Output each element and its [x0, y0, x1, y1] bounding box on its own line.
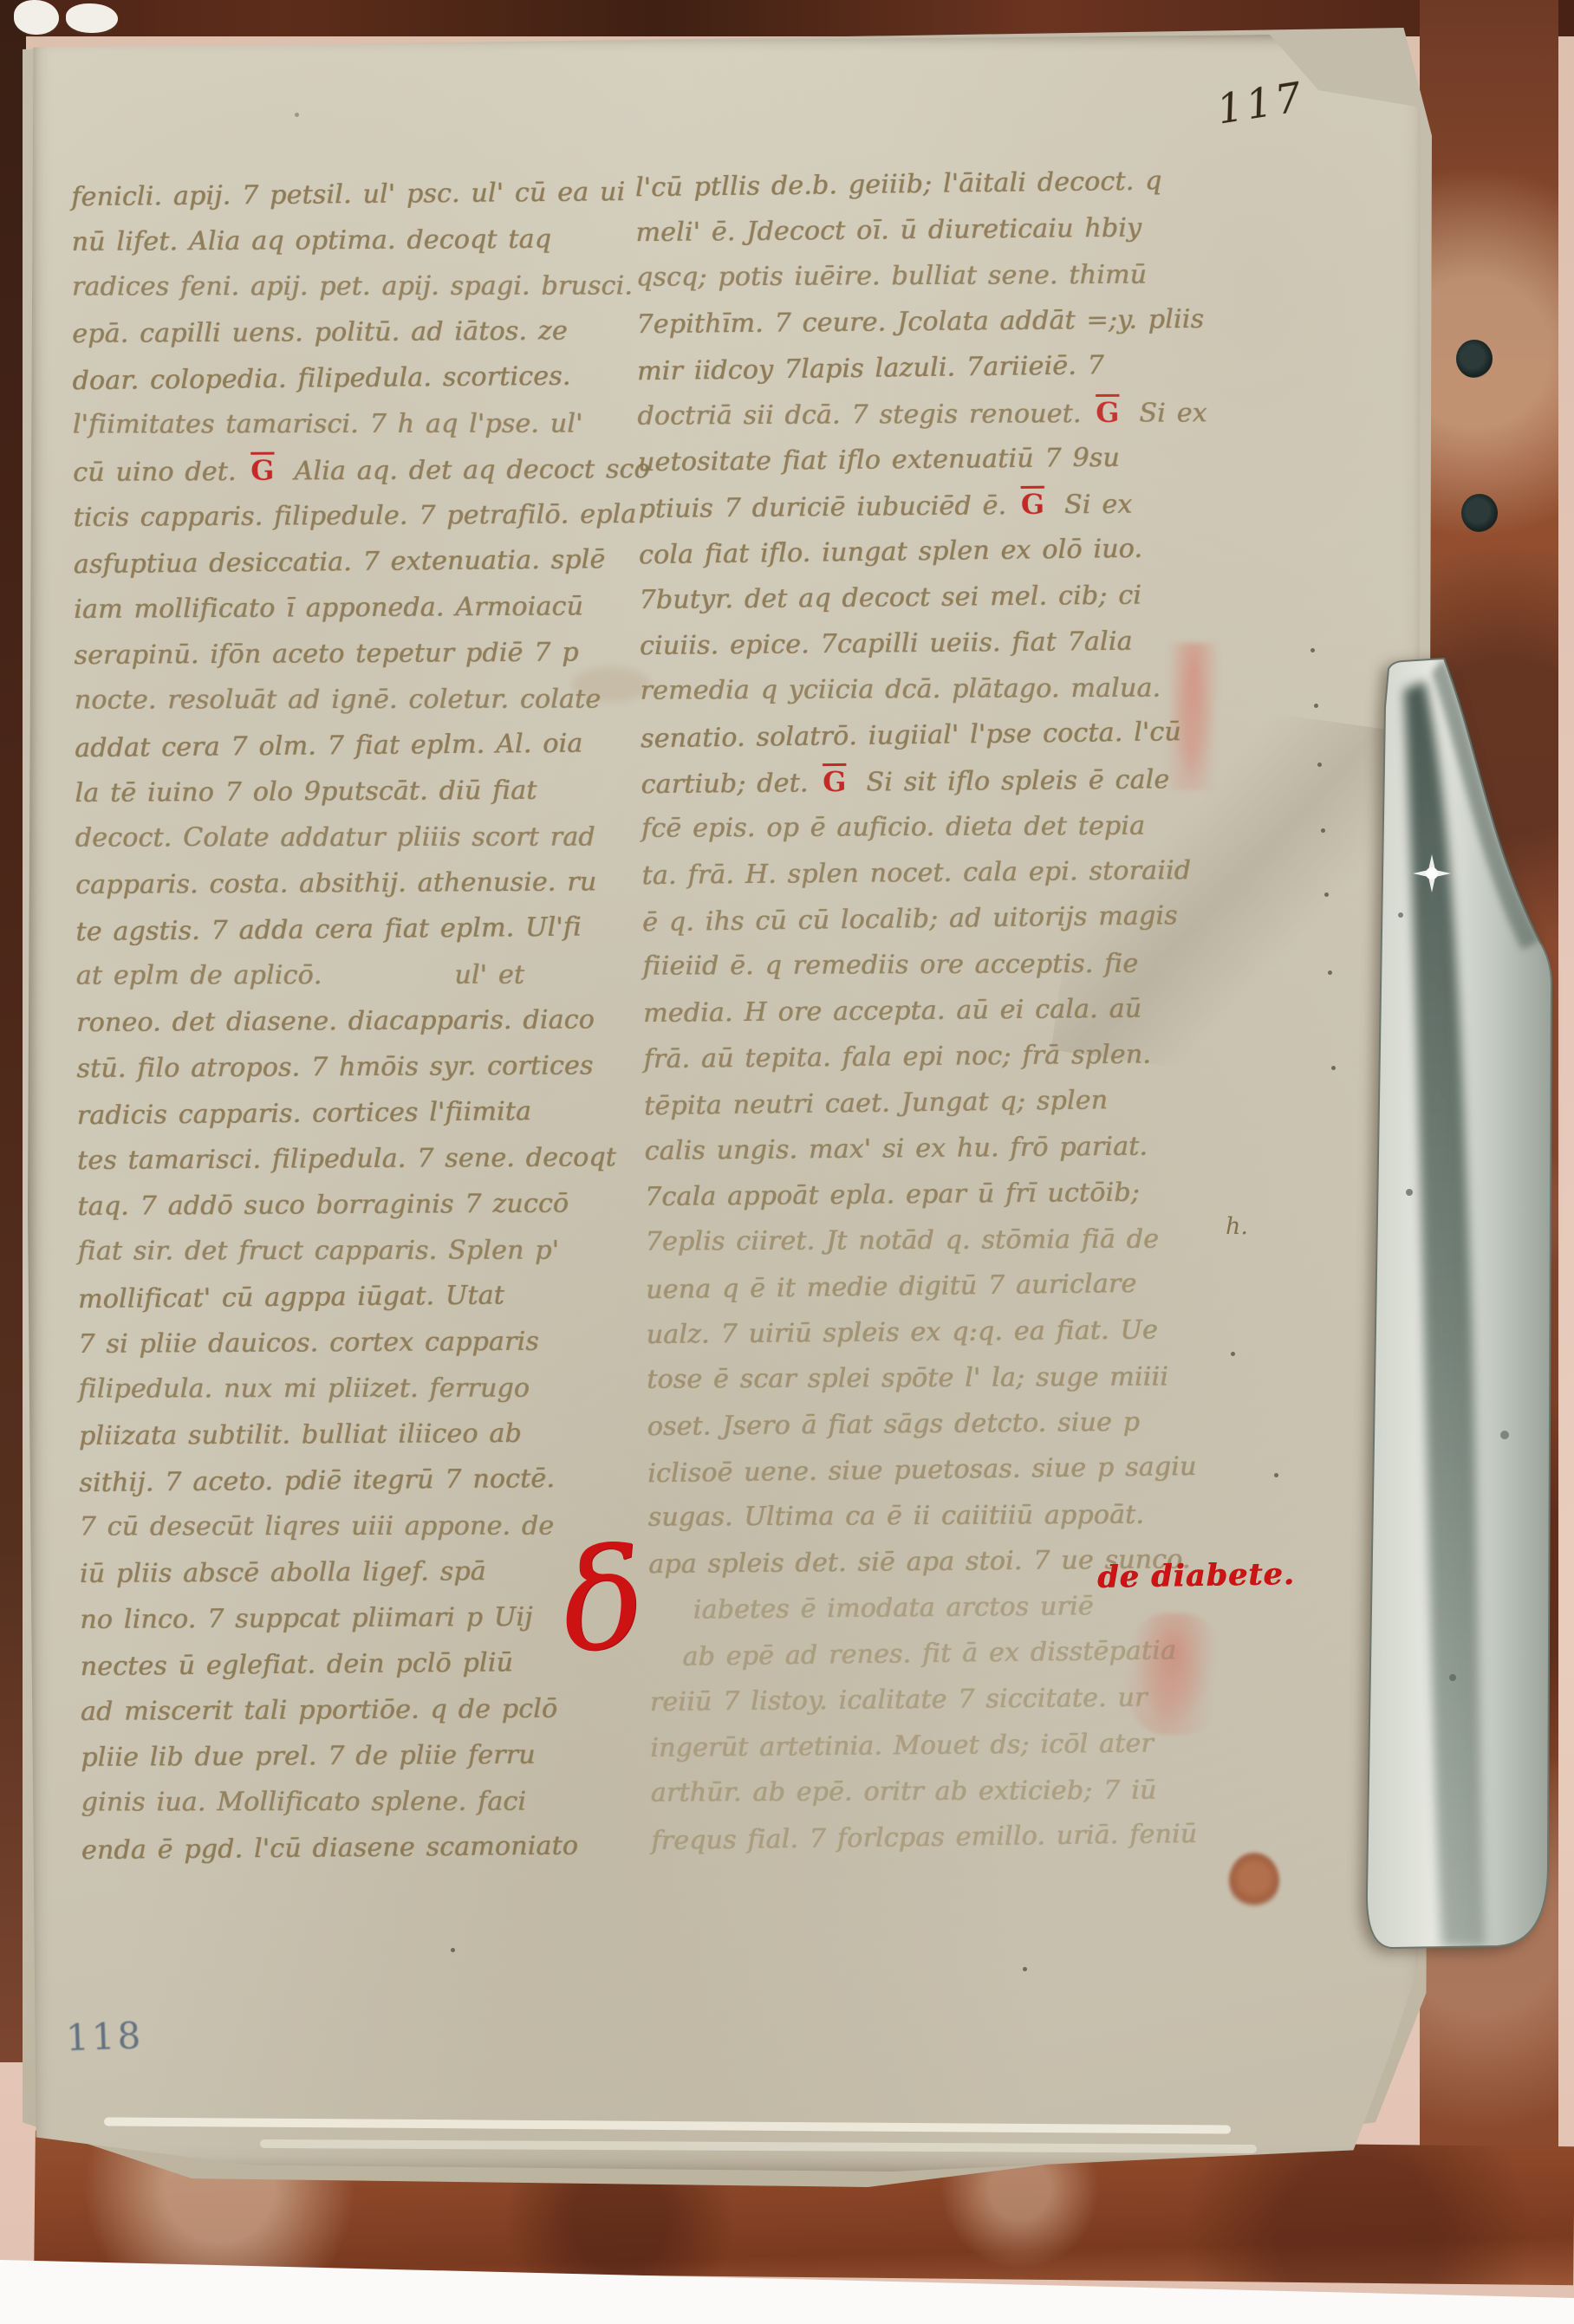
worm-hole — [1274, 1473, 1278, 1477]
manuscript-line: fiat sir. det fruct capparis. Splen p' — [78, 1227, 655, 1274]
manuscript-line: fenicli. apij. 7 petsil. ul' psc. ul' cū… — [71, 169, 648, 220]
manuscript-line: calis ungis. max' si ex hu. frō pariat. — [644, 1123, 1214, 1174]
manuscript-line: remedia q yciicia dcā. plātago. malua. — [640, 665, 1210, 713]
manuscript-line: reiiū 7 listoy. icalitate 7 siccitate. u… — [649, 1674, 1220, 1725]
worm-hole — [451, 1948, 455, 1952]
manuscript-line: at eplm de aplicō. ul' et — [76, 951, 654, 998]
manuscript-line: epā. capilli uens. politū. ad iātos. ze — [72, 308, 649, 357]
paraph-mark-icon: G — [823, 766, 847, 798]
manuscript-line: fiieiid ē. q remediis ore acceptis. fie — [642, 940, 1213, 989]
manuscript-line: 7butyr. det aq decoct sei mel. cib; ci — [639, 572, 1209, 623]
manuscript-line: meli' ē. Jdecoct oī. ū diureticaiu hbiy — [635, 204, 1206, 256]
worm-hole — [1231, 1352, 1235, 1356]
manuscript-line: mollificat' cū agppa iūgat. Utat — [78, 1271, 655, 1322]
manuscript-line: mir iidcoy 7lapis lazuli. 7ariieiē. 7 — [637, 341, 1207, 395]
manuscript-line: qscq; potis iuēire. bulliat sene. thimū — [636, 251, 1207, 300]
manuscript-line: oset. Jsero ā fiat sāgs detcto. siue p — [647, 1399, 1217, 1450]
worm-hole — [295, 113, 299, 117]
paraph-mark-icon: G — [1096, 397, 1120, 429]
worm-hole — [1311, 648, 1315, 652]
manuscript-line: media. H ore accepta. aū ei cala. aū — [643, 985, 1213, 1036]
manuscript-line: 7cala appoāt epla. epar ū frī uctōib; — [645, 1169, 1215, 1220]
manuscript-line: ta. frā. H. splen nocet. cala epi. stora… — [641, 847, 1212, 899]
manuscript-line: radices feni. apij. pet. apij. spagi. br… — [72, 263, 649, 309]
manuscript-line: enda ē pgd. l'cū diasene scamoniato — [81, 1822, 659, 1873]
manuscript-line: tose ē scar splei spōte l' la; suge miii… — [647, 1354, 1217, 1402]
worm-hole — [1331, 1066, 1336, 1070]
parchment-chip — [66, 3, 118, 33]
manuscript-line: ciuiis. epice. 7capilli ueiis. fiat 7ali… — [640, 618, 1210, 669]
manuscript-line: fcē epis. op ē auficio. dieta det tepia — [641, 802, 1212, 851]
parchment-chip — [14, 0, 59, 35]
manuscript-line: serapinū. ifōn aceto tepetur pdiē 7 p — [74, 629, 651, 678]
metal-clasp — [1349, 655, 1574, 1964]
worm-hole — [1023, 1967, 1027, 1971]
manuscript-line: cartiub; det. G Si sit iflo spleis ē cal… — [641, 756, 1211, 807]
manuscript-line: uena q ē it medie digitū 7 auriclare — [646, 1260, 1216, 1314]
manuscript-line: doctriā sii dcā. 7 stegis renouet. G Si … — [637, 389, 1207, 438]
paraph-mark-icon: G — [250, 455, 275, 487]
rivet-hole — [1461, 494, 1498, 532]
manuscript-line: sithij. 7 aceto. pdiē itegrū 7 noctē. — [79, 1455, 656, 1506]
manuscript-line: decoct. Colate addatur pliiis scort rad — [75, 814, 653, 860]
paraph-mark-icon: G — [1021, 489, 1045, 521]
worm-hole — [1324, 893, 1329, 897]
worm-hole — [1314, 704, 1318, 708]
manuscript-line: nū lifet. Alia aq optima. decoqt taq — [71, 216, 648, 265]
manuscript-line: ticis capparis. filipedule. 7 petrafilō.… — [73, 491, 650, 541]
worm-hole — [1317, 763, 1322, 767]
manuscript-line: uetositate fiat iflo extenuatiū 7 9su — [638, 434, 1208, 485]
manuscript-line: ab epē ad renes. fit ā ex disstēpatia — [649, 1627, 1220, 1681]
marginal-note: h. — [1226, 1213, 1248, 1240]
manuscript-line: nocte. resoluāt ad ignē. coletur. colate — [75, 676, 652, 723]
manuscript-line: filipedula. nux mi pliizet. ferrugo — [79, 1365, 656, 1412]
manuscript-line: 7eplis ciiret. Jt notād q. stōmia fiā de — [645, 1216, 1215, 1264]
manuscript-line: te agstis. 7 adda cera fiat eplm. Ul'fi — [75, 904, 653, 955]
manuscript-line: doar. colopedia. filipedula. scortices. — [72, 353, 649, 404]
manuscript-line: ginis iua. Mollificato splene. faci — [81, 1778, 658, 1825]
manuscript-line: taq. 7 addō suco borraginis 7 zuccō — [77, 1180, 654, 1230]
manuscript-line: la tē iuino 7 olo 9putscāt. diū fiat — [75, 767, 652, 816]
manuscript-line: 7 si pliie dauicos. cortex capparis — [78, 1318, 655, 1367]
manuscript-line: frā. aū tepita. fala epi noc; frā splen. — [643, 1031, 1213, 1082]
manuscript-line: ad miscerit tali pportiōe. q de pclō — [81, 1685, 658, 1735]
manuscript-photo: 117 118 h. fenicli. apij. 7 petsil. ul' … — [0, 0, 1574, 2324]
rivet-hole — [1456, 340, 1493, 378]
red-initial-D: δ — [555, 1531, 650, 1669]
manuscript-line: iam mollificato ī apponeda. Armoiacū — [74, 583, 651, 633]
red-brown-stain — [1229, 1853, 1279, 1910]
manuscript-line: iclisoē uene. siue puetosas. siue p sagi… — [647, 1444, 1218, 1497]
manuscript-line: arthūr. ab epē. oritr ab exticieb; 7 iū — [651, 1767, 1221, 1815]
worm-hole — [1328, 970, 1332, 975]
manuscript-line: addat cera 7 olm. 7 fiat eplm. Al. oia — [75, 720, 652, 771]
manuscript-line: l'fiimitates tamarisci. 7 h aq l'pse. ul… — [73, 400, 650, 447]
text-column-right: l'cū ptllis de.b. geiiib; l'āitali decoc… — [635, 159, 1221, 1863]
manuscript-line: cola fiat iflo. iungat splen ex olō iuo. — [639, 525, 1209, 579]
manuscript-line: sugas. Ultima ca ē ii caiitiiū appoāt. — [647, 1491, 1218, 1540]
manuscript-line: roneo. det diasene. diacapparis. diaco — [76, 996, 654, 1046]
manuscript-line: ē q. ihs cū cū localib; ad uitorijs magi… — [642, 893, 1213, 946]
manuscript-line: l'cū ptllis de.b. geiiib; l'āitali decoc… — [635, 158, 1206, 211]
manuscript-line: pliie lib due prel. 7 de pliie ferru — [81, 1731, 658, 1781]
manuscript-line: ptiuis 7 duriciē iubuciēd ē. G Si ex — [638, 480, 1208, 531]
worm-hole — [1321, 828, 1325, 833]
chapter-rubric: de diabete. — [1097, 1556, 1295, 1595]
manuscript-line: capparis. costa. absithij. athenusie. ru — [75, 859, 653, 908]
manuscript-line: 7epithīm. 7 ceure. Jcolata addāt =;y. pl… — [636, 296, 1207, 347]
manuscript-line: stū. filo atropos. 7 hmōis syr. cortices — [76, 1042, 654, 1092]
manuscript-line: frequs fial. 7 forlcpas emillo. uriā. fe… — [651, 1811, 1221, 1865]
folio-number-118: 118 — [65, 2014, 144, 2059]
manuscript-line: senatio. solatrō. iugiial' l'pse cocta. … — [641, 709, 1211, 763]
manuscript-line: tes tamarisci. filipedula. 7 sene. decoq… — [77, 1134, 654, 1184]
manuscript-line: ualz. 7 uiriū spleis ex q:q. ea fiat. Ue — [646, 1307, 1216, 1358]
manuscript-line: ingerūt artetinia. Mouet ds; icōl ater — [650, 1720, 1220, 1771]
leather-edge-left — [0, 0, 26, 2062]
manuscript-line: asfuptiua desiccatia. 7 extenuatia. splē — [74, 536, 651, 587]
manuscript-line: pliizata subtilit. bulliat iliiceo ab — [79, 1410, 656, 1459]
manuscript-line: tēpita neutri caet. Jungat q; splen — [644, 1076, 1214, 1130]
manuscript-line: radicis capparis. cortices l'fiimita — [76, 1087, 654, 1139]
manuscript-line: cū uino det. G Alia aq. det aq decoct sc… — [73, 445, 650, 495]
